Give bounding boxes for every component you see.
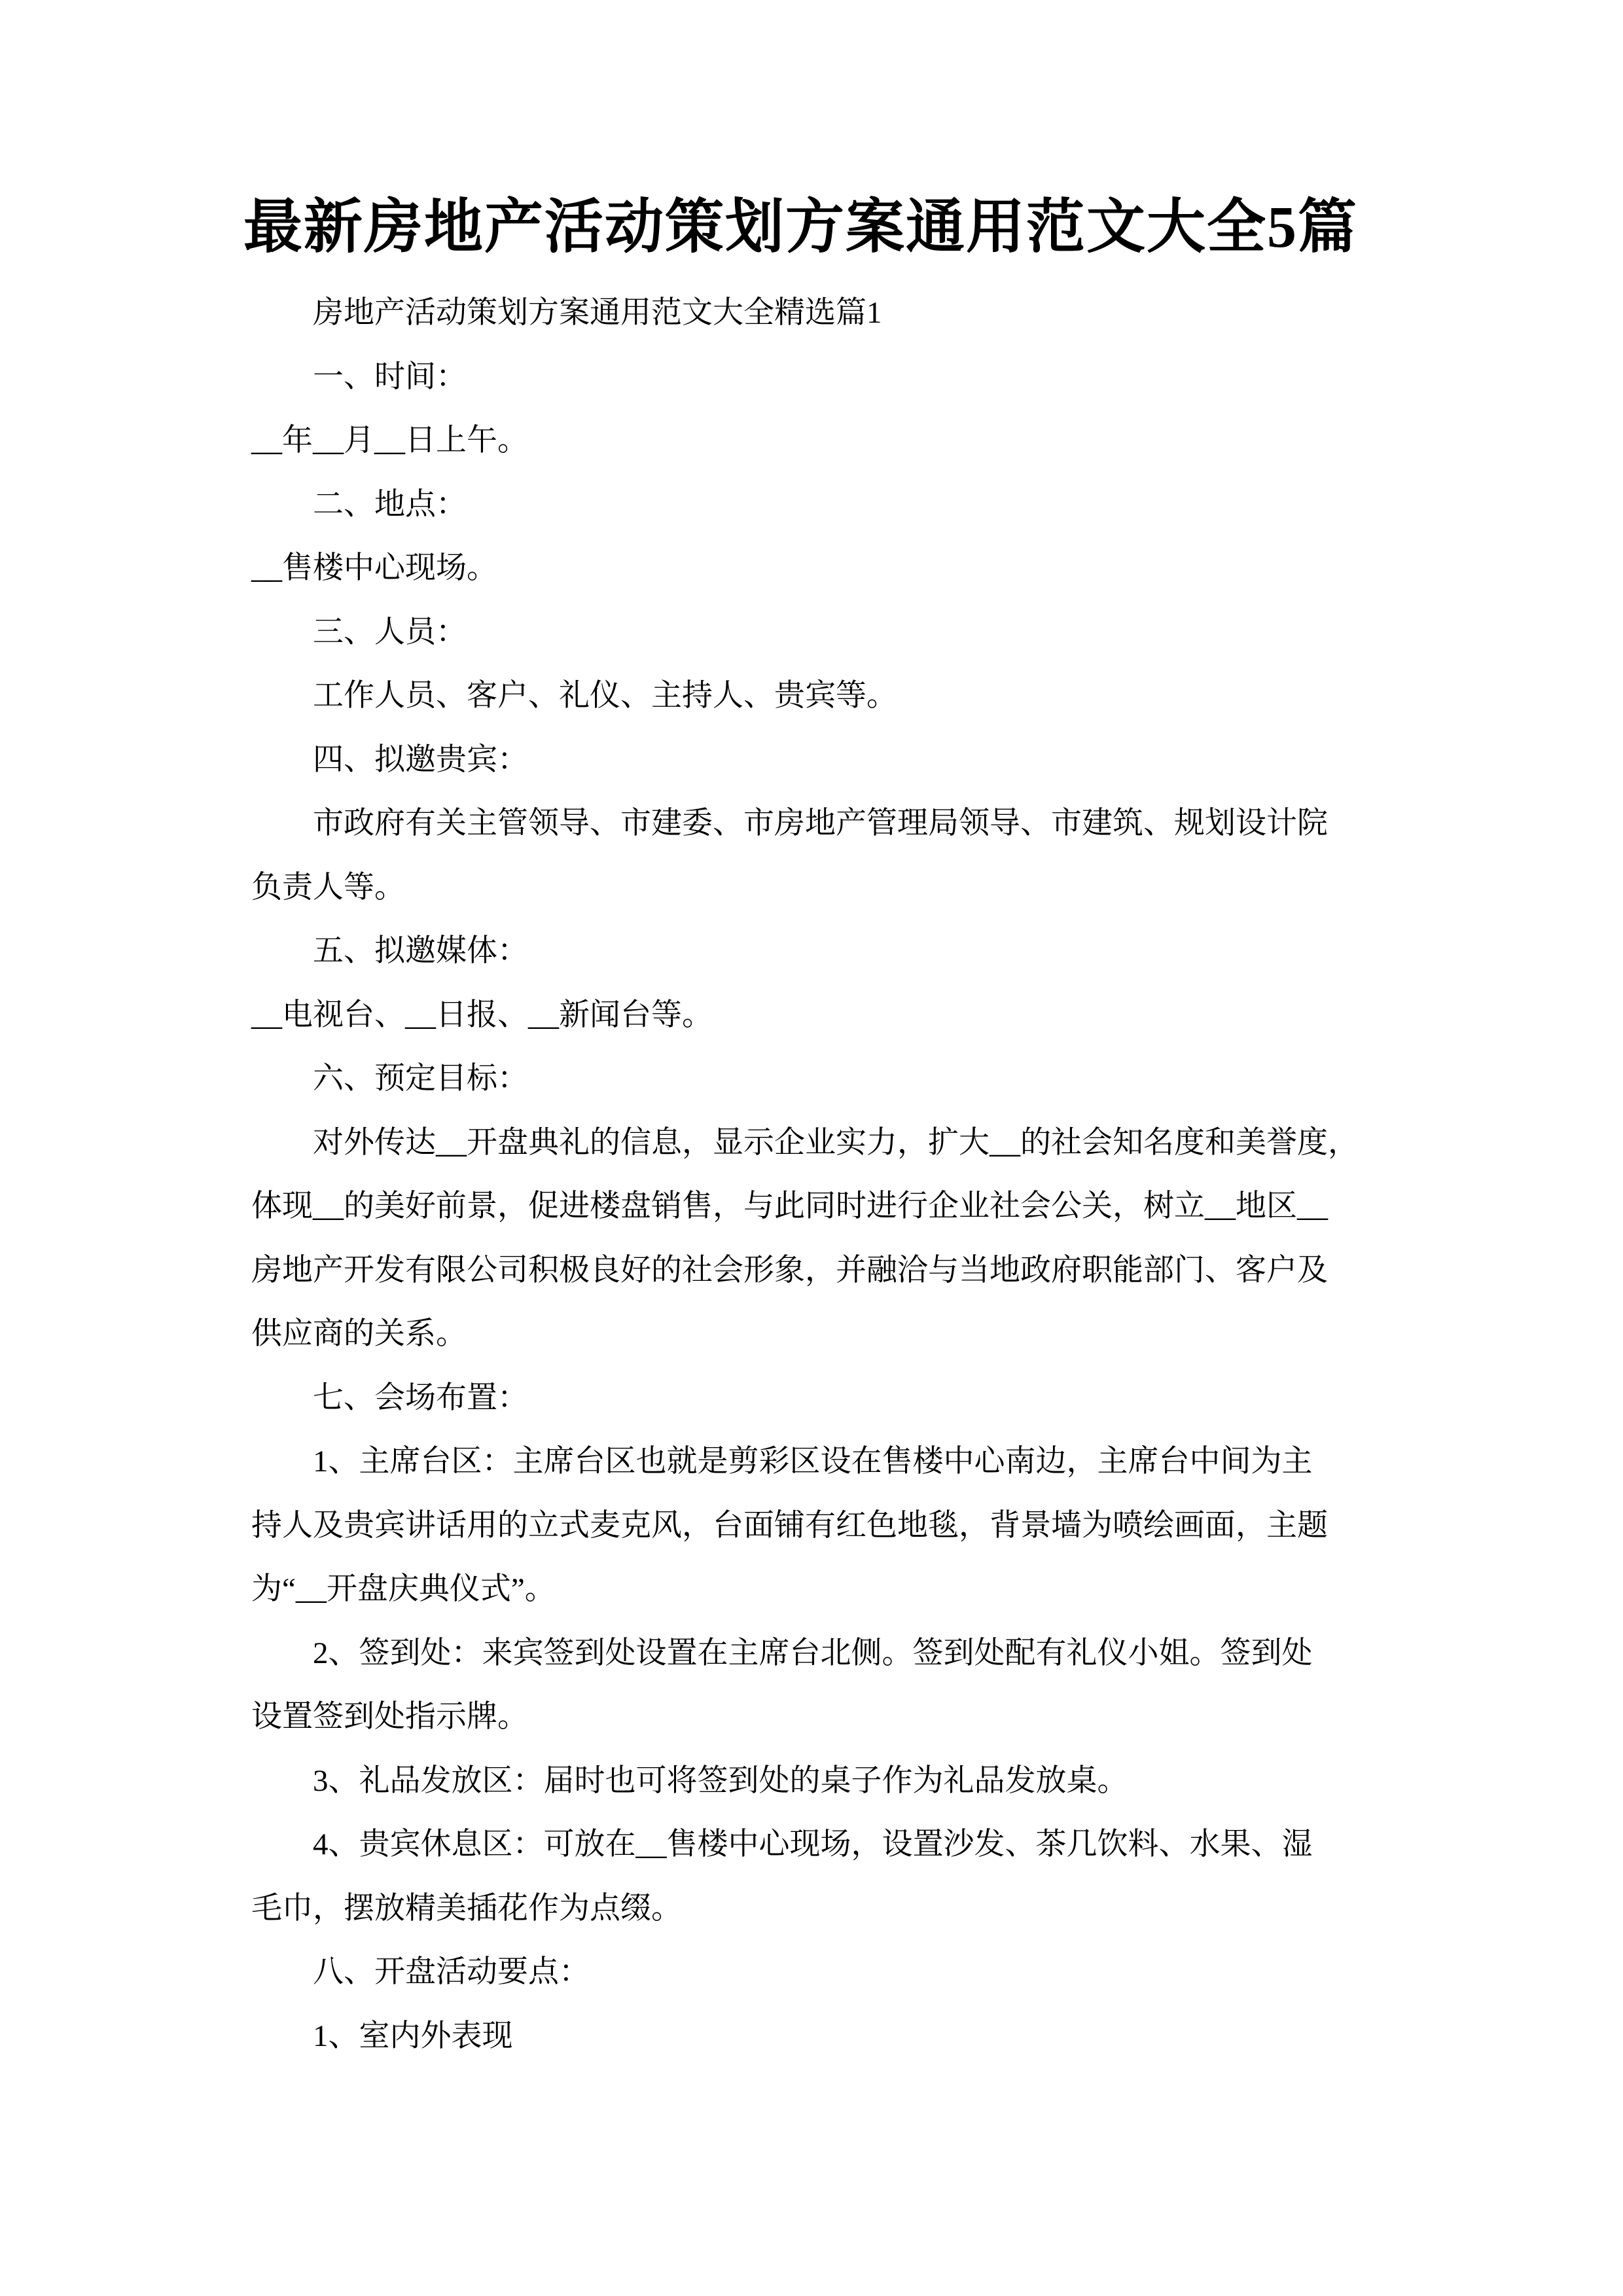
document-line: 3、礼品发放区：届时也可将签到处的桌子作为礼品发放桌。 bbox=[251, 1749, 1403, 1814]
document-line: __年__月__日上午。 bbox=[251, 409, 1403, 473]
document-line: 市政府有关主管领导、市建委、市房地产管理局领导、市建筑、规划设计院 bbox=[251, 792, 1403, 856]
document-line: 七、会场布置： bbox=[251, 1367, 1403, 1431]
document-line: 1、主席台区：主席台区也就是剪彩区设在售楼中心南边，主席台中间为主 bbox=[251, 1430, 1403, 1494]
document-line: 对外传达__开盘典礼的信息，显示企业实力，扩大__的社会知名度和美誉度， bbox=[251, 1111, 1403, 1175]
document-line: 四、拟邀贵宾： bbox=[251, 728, 1403, 793]
document-line: 2、签到处：来宾签到处设置在主席台北侧。签到处配有礼仪小姐。签到处 bbox=[251, 1622, 1403, 1686]
document-line: 房地产活动策划方案通用范文大全精选篇1 bbox=[251, 281, 1403, 346]
document-line: 三、人员： bbox=[251, 601, 1403, 665]
document-line: 一、时间： bbox=[251, 346, 1403, 410]
document-line: 持人及贵宾讲话用的立式麦克风，台面铺有红色地毯，背景墙为喷绘画面，主题 bbox=[251, 1494, 1403, 1558]
document-line: 毛巾，摆放精美插花作为点缀。 bbox=[251, 1877, 1403, 1941]
document-line: 五、拟邀媒体： bbox=[251, 920, 1403, 984]
document-line: __电视台、__日报、__新闻台等。 bbox=[251, 984, 1403, 1048]
document-line: 体现__的美好前景，促进楼盘销售，与此同时进行企业社会公关，树立__地区__ bbox=[251, 1175, 1403, 1239]
document-title: 最新房地产活动策划方案通用范文大全5篇 bbox=[243, 194, 1358, 262]
document-line: 房地产开发有限公司积极良好的社会形象，并融洽与当地政府职能部门、客户及 bbox=[251, 1239, 1403, 1303]
document-line: 八、开盘活动要点： bbox=[251, 1941, 1403, 2005]
document-line: __售楼中心现场。 bbox=[251, 537, 1403, 601]
document-line: 供应商的关系。 bbox=[251, 1302, 1403, 1367]
document-line: 为“__开盘庆典仪式”。 bbox=[251, 1558, 1403, 1622]
document-line: 六、预定目标： bbox=[251, 1047, 1403, 1111]
document-line: 1、室内外表现 bbox=[251, 2005, 1403, 2069]
document-body: 房地产活动策划方案通用范文大全精选篇1一、时间：__年__月__日上午。二、地点… bbox=[251, 281, 1403, 2068]
document-line: 工作人员、客户、礼仪、主持人、贵宾等。 bbox=[251, 664, 1403, 728]
document-line: 负责人等。 bbox=[251, 856, 1403, 920]
document-line: 二、地点： bbox=[251, 473, 1403, 537]
document-line: 4、贵宾休息区：可放在__售楼中心现场，设置沙发、茶几饮料、水果、湿 bbox=[251, 1813, 1403, 1877]
document-line: 设置签到处指示牌。 bbox=[251, 1685, 1403, 1749]
document-page: 最新房地产活动策划方案通用范文大全5篇 房地产活动策划方案通用范文大全精选篇1一… bbox=[0, 0, 1623, 2296]
